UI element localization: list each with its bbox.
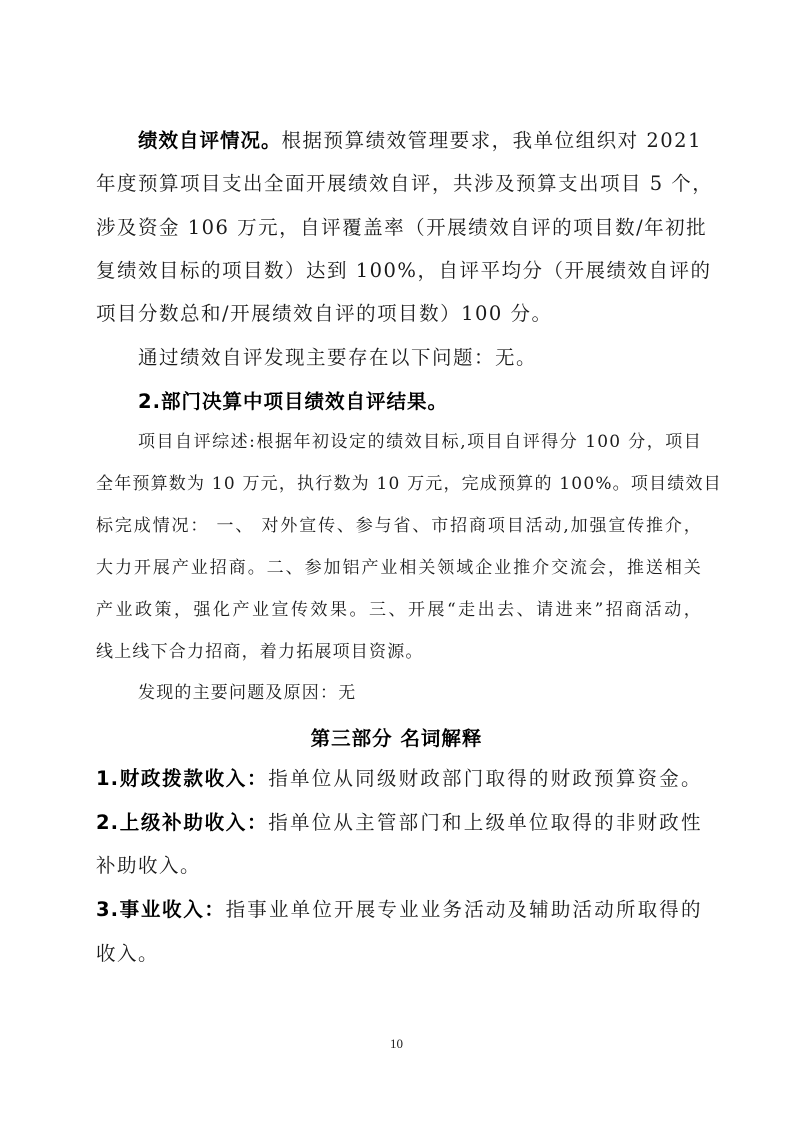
- problems-statement: 通过绩效自评发现主要存在以下问题：无。: [138, 345, 702, 371]
- paragraph-line: 涉及资金 106 万元，自评覆盖率（开展绩效自评的项目数/年初批: [96, 215, 702, 241]
- paragraph-line: 补助收入。: [96, 853, 702, 879]
- document-page: 绩效自评情况。根据预算绩效管理要求，我单位组织对 2021 年度预算项目支出全面…: [0, 0, 793, 1122]
- paragraph-lead: 绩效自评情况。: [138, 129, 282, 152]
- paragraph-line: 全年预算数为 10 万元，执行数为 10 万元，完成预算的 100%。项目绩效目: [96, 471, 702, 497]
- term-label: 3.事业收入：: [96, 898, 226, 921]
- section-heading: 2.部门决算中项目绩效自评结果。: [138, 389, 702, 415]
- term-definition: 1.财政拨款收入：指单位从同级财政部门取得的财政预算资金。: [96, 766, 702, 792]
- paragraph-line: 收入。: [96, 941, 702, 967]
- paragraph-line: 产业政策，强化产业宣传效果。三、开展“走出去、请进来”招商活动，: [96, 597, 702, 623]
- paragraph-line: 标完成情况： 一、 对外宣传、参与省、市招商项目活动,加强宣传推介，: [96, 513, 702, 539]
- paragraph-line: 大力开展产业招商。二、参加铝产业相关领域企业推介交流会，推送相关: [96, 555, 702, 581]
- term-label: 2.上级补助收入：: [96, 811, 268, 834]
- part-heading: 第三部分 名词解释: [0, 723, 793, 751]
- term-definition: 3.事业收入：指事业单位开展专业业务活动及辅助活动所取得的: [96, 897, 702, 923]
- problems-statement: 发现的主要问题及原因：无: [138, 680, 702, 706]
- paragraph-line: 线上线下合力招商，着力拓展项目资源。: [96, 639, 702, 665]
- paragraph-line: 项目自评综述:根据年初设定的绩效目标,项目自评得分 100 分，项目: [138, 429, 702, 455]
- paragraph-line: 复绩效目标的项目数）达到 100%，自评平均分（开展绩效自评的: [96, 258, 702, 284]
- paragraph-performance-self-evaluation: 绩效自评情况。根据预算绩效管理要求，我单位组织对 2021: [138, 128, 702, 154]
- paragraph-line: 年度预算项目支出全面开展绩效自评，共涉及预算支出项目 5 个，: [96, 171, 702, 197]
- page-number: 10: [0, 1036, 793, 1052]
- paragraph-line: 项目分数总和/开展绩效自评的项目数）100 分。: [96, 301, 702, 327]
- term-label: 1.财政拨款收入：: [96, 767, 268, 790]
- term-definition: 2.上级补助收入：指单位从主管部门和上级单位取得的非财政性: [96, 810, 702, 836]
